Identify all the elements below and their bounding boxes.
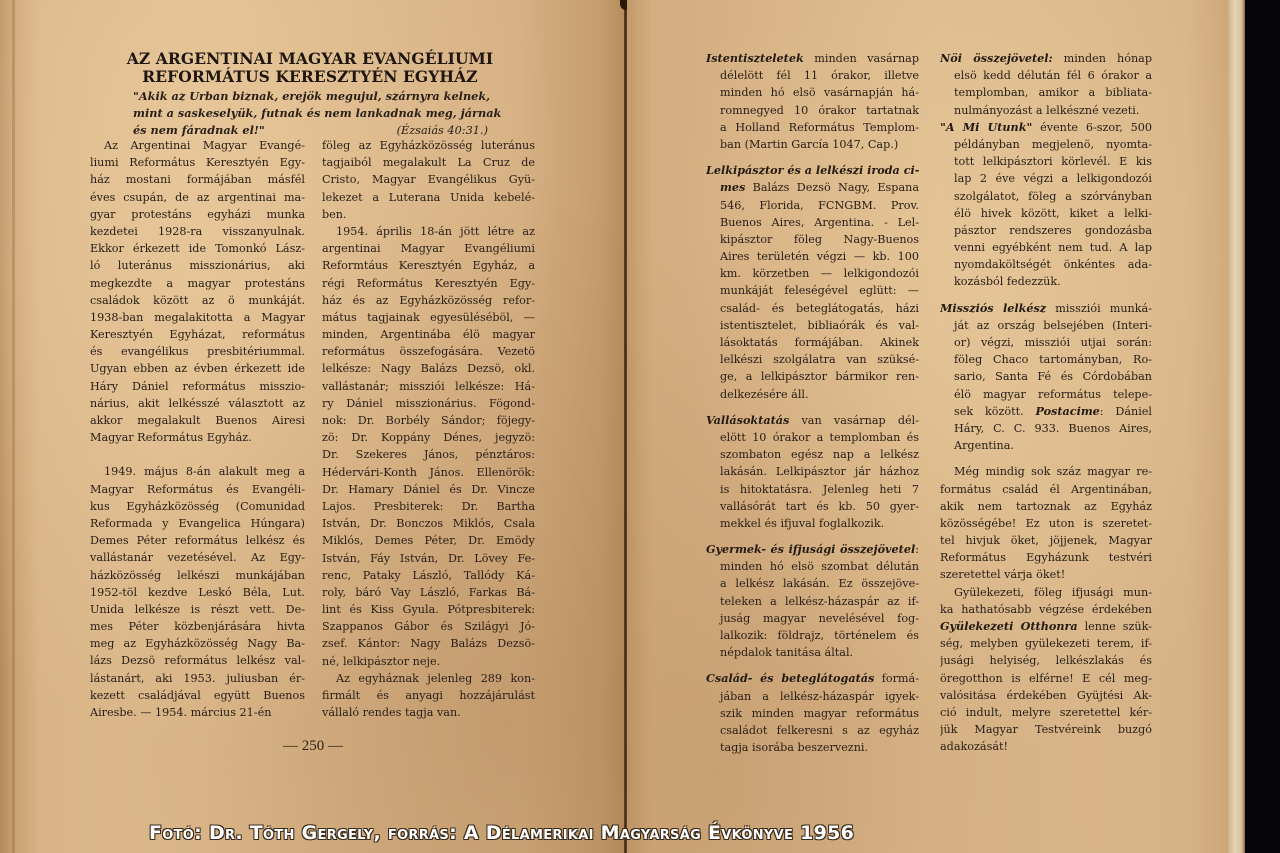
- text-line: Vallásoktatás van vasárnap dél-: [706, 412, 919, 429]
- text-line: élö magyar református telepe-: [940, 386, 1152, 403]
- col1-paragraph-1: Az Argentinai Magyar Evangé-liumi Reform…: [90, 137, 305, 446]
- text-line: tott lelkipásztori körlevél. E kis: [940, 153, 1152, 170]
- section-appeal-2: Gyülekezeti, föleg ifjusági mun-ka hatha…: [940, 584, 1152, 756]
- text-line: delkezésére áll.: [706, 386, 919, 403]
- text-line: pásztor rendszeres gondozásba: [940, 222, 1152, 239]
- text-line: lap 2 éve végzi a lelkigondozói: [940, 170, 1152, 187]
- text-line: vallásórát tart és kb. 50 gyer-: [706, 498, 919, 515]
- text-line: Még mindig sok száz magyar re-: [940, 463, 1152, 480]
- text-line: ry Dániel misszionárius. Fögond-: [322, 395, 535, 412]
- text-line: ló luteránus misszionárius, aki: [90, 257, 305, 274]
- text-line: a Holland Református Templom-: [706, 119, 919, 136]
- column-3: Istentiszteletek minden vasárnapdélelött…: [706, 50, 919, 756]
- text-line: és evangélikus presbitériummal.: [90, 343, 305, 360]
- book-spread: AZ ARGENTINAI MAGYAR EVANGÉLIUMI REFORMÁ…: [0, 0, 1280, 853]
- text-line: Unida lelkésze is részt vett. De-: [90, 601, 305, 618]
- text-line: szombaton egész nap a lelkész: [706, 446, 919, 463]
- text-line: megkezdte a magyar protestáns: [90, 275, 305, 292]
- text-line: Gyermek- és ifjusági összejövetel:: [706, 541, 919, 558]
- text-line: délelött fél 11 órakor, illetve: [706, 67, 919, 84]
- text-line: szik minden magyar református: [706, 705, 919, 722]
- col2-paragraph-2: 1954. április 18-án jött létre azargenti…: [322, 223, 535, 670]
- text-line: föleg Chaco tartományban, Ro-: [940, 351, 1152, 368]
- text-line: vallástanár vezetésével. Az Egy-: [90, 549, 305, 566]
- bible-quote: "Akik az Urban biznak, erejök megujul, s…: [133, 88, 488, 140]
- text-line: István, Fáy István, Dr. Lövey Fe-: [322, 550, 535, 567]
- text-line: lint és Kiss Gyula. Pótpresbiterek:: [322, 601, 535, 618]
- dark-backdrop: [1245, 0, 1280, 853]
- text-line: kezett családjával együtt Buenos: [90, 687, 305, 704]
- column-2: föleg az Egyházközösség luteránustagjaib…: [322, 137, 535, 721]
- text-line: föleg az Egyházközösség luteránus: [322, 137, 535, 154]
- text-line: Demes Péter református lelkész és: [90, 532, 305, 549]
- text-line: Háry, C. C. 933. Buenos Aires,: [940, 420, 1152, 437]
- text-line: Aires területén végzi — kb. 100: [706, 248, 919, 265]
- text-line: mes Balázs Dezsö Nagy, Espana: [706, 179, 919, 196]
- col2-paragraph-3: Az egyháznak jelenleg 289 kon-firmált és…: [322, 670, 535, 722]
- page-stack-edge: [1228, 0, 1245, 853]
- text-line: család- és beteglátogatás, házi: [706, 300, 919, 317]
- text-line: Dr. Hamary Dániel és Dr. Vincze: [322, 481, 535, 498]
- text-line: akik nem tartoznak az Egyház: [940, 498, 1152, 515]
- text-line: munkáját feleségével eglütt: —: [706, 282, 919, 299]
- text-line: istentisztelet, bibliaórák és val-: [706, 317, 919, 334]
- text-line: ban (Martin García 1047, Cap.): [706, 136, 919, 153]
- text-line: lelkésze: Nagy Balázs Dezsö, okl.: [322, 360, 535, 377]
- text-line: adakozását!: [940, 738, 1152, 755]
- text-line: is hitoktatásra. Jelenleg heti 7: [706, 481, 919, 498]
- text-line: szolgálatot, föleg a szórványban: [940, 188, 1152, 205]
- text-line: firmált és anyagi hozzájárulást: [322, 687, 535, 704]
- text-line: tel hivjuk öket, jöjjenek, Magyar: [940, 532, 1152, 549]
- text-line: lakásán. Lelkipásztor jár házhoz: [706, 463, 919, 480]
- text-line: Missziós lelkész missziói munká-: [940, 300, 1152, 317]
- text-line: Magyar Református Egyház.: [90, 429, 305, 446]
- text-line: nyomdaköltségét önkéntes ada-: [940, 256, 1152, 273]
- text-line: Gyülekezeti, föleg ifjusági mun-: [940, 584, 1152, 601]
- text-line: lázs Dezsö református lelkész val-: [90, 652, 305, 669]
- text-line: vallástanár; missziói lelkésze: Há-: [322, 378, 535, 395]
- section-womens-gathering: Nöi összejövetel: minden hónapelsö kedd …: [940, 50, 1152, 119]
- text-line: Lelkipásztor és a lelkészi iroda ci-: [706, 162, 919, 179]
- section-newsletter: "A Mi Utunk" évente 6-szor, 500példányba…: [940, 119, 1152, 291]
- text-line: családot felkeresni s az egyház: [706, 722, 919, 739]
- text-line: minden, Argentinába élö magyar: [322, 326, 535, 343]
- text-line: Család- és beteglátogatás formá-: [706, 670, 919, 687]
- text-line: Dr. Szekeres János, pénztáros:: [322, 446, 535, 463]
- text-line: nok: Dr. Borbély Sándor; föjegy-: [322, 412, 535, 429]
- text-line: teleken a lelkész-házaspár az if-: [706, 593, 919, 610]
- text-line: valósitása érdekében Gyüjtési Ak-: [940, 687, 1152, 704]
- section-office: Lelkipásztor és a lelkészi iroda ci-mes …: [706, 162, 919, 403]
- text-line: Reformtáus Keresztyén Egyház, a: [322, 257, 535, 274]
- text-line: kus Egyházközösség (Comunidad: [90, 498, 305, 515]
- text-line: példányban megjelenö, nyomta-: [940, 136, 1152, 153]
- text-line: Az Argentinai Magyar Evangé-: [90, 137, 305, 154]
- quote-line-2: mint a saskeselyük, futnak és nem lankad…: [133, 105, 488, 122]
- text-line: Argentina.: [940, 437, 1152, 454]
- text-line: sek között. Postacime: Dániel: [940, 403, 1152, 420]
- text-line: ház és az Egyházközösség refor-: [322, 292, 535, 309]
- text-line: Lajos. Presbiterek: Dr. Bartha: [322, 498, 535, 515]
- text-line: élö hivek között, kiket a lelki-: [940, 205, 1152, 222]
- text-line: mátus tagjainak egyesüléséböl, —: [322, 309, 535, 326]
- text-line: ját az ország belsejében (Interi-: [940, 317, 1152, 334]
- text-line: a lelkész lakásán. Ez összejöve-: [706, 575, 919, 592]
- text-line: 1938-ban megalakitotta a Magyar: [90, 309, 305, 326]
- text-line: Hédervári-Konth János. Ellenörök:: [322, 464, 535, 481]
- text-line: családok között az ö munkáját.: [90, 292, 305, 309]
- text-line: 1949. május 8-án alakult meg a: [90, 463, 305, 480]
- text-line: ben.: [322, 206, 535, 223]
- text-line: mes Péter közbenjárására hivta: [90, 618, 305, 635]
- text-line: minden hó elsö vasárnapján há-: [706, 84, 919, 101]
- text-line: szeretettel várja öket!: [940, 566, 1152, 583]
- text-line: házközösség lelkészi munkájában: [90, 567, 305, 584]
- text-line: elött 10 órakor a templomban és: [706, 429, 919, 446]
- text-line: nulmányozást a lelkészné vezeti.: [940, 102, 1152, 119]
- text-line: argentinai Magyar Evangéliumi: [322, 240, 535, 257]
- text-line: Magyar Református és Evangéli-: [90, 481, 305, 498]
- column-4: Nöi összejövetel: minden hónapelsö kedd …: [940, 50, 1152, 756]
- text-line: Nöi összejövetel: minden hónap: [940, 50, 1152, 67]
- text-line: Istentiszteletek minden vasárnap: [706, 50, 919, 67]
- text-line: népdalok tanitása által.: [706, 644, 919, 661]
- text-line: tagja isorába beszervezni.: [706, 739, 919, 756]
- text-line: zsef. Kántor: Nagy Balázs Dezsö-: [322, 635, 535, 652]
- text-line: 1954. április 18-án jött létre az: [322, 223, 535, 240]
- text-line: lalkozik: földrajz, történelem és: [706, 627, 919, 644]
- text-line: kozásból fedezzük.: [940, 273, 1152, 290]
- text-line: Az egyháznak jelenleg 289 kon-: [322, 670, 535, 687]
- text-line: régi Református Keresztyén Egy-: [322, 275, 535, 292]
- text-line: nárius, akit lelkésszé választott az: [90, 395, 305, 412]
- quote-line-1: "Akik az Urban biznak, erejök megujul, s…: [133, 88, 488, 105]
- text-line: Ugyan ebben az évben érkezett ide: [90, 360, 305, 377]
- text-line: Airesbe. — 1954. március 21-én: [90, 704, 305, 721]
- text-line: tagjaiból megalakult La Cruz de: [322, 154, 535, 171]
- text-line: lásoktatás formájában. Akinek: [706, 334, 919, 351]
- text-line: jusági helyiség, lelkészlakás és: [940, 652, 1152, 669]
- text-line: venni egyébként nem tud. A lap: [940, 239, 1152, 256]
- page-number: — 250 —: [283, 738, 343, 755]
- text-line: "A Mi Utunk" évente 6-szor, 500: [940, 119, 1152, 136]
- section-services: Istentiszteletek minden vasárnapdélelött…: [706, 50, 919, 153]
- text-line: renc, Pataky László, Tallódy Ká-: [322, 567, 535, 584]
- text-line: roly, báró Vay László, Farkas Bá-: [322, 584, 535, 601]
- text-line: református összefogására. Vezetö: [322, 343, 535, 360]
- text-line: Ekkor érkezett ide Tomonkó Lász-: [90, 240, 305, 257]
- text-line: ház mostani formájában másfél: [90, 171, 305, 188]
- text-line: ge, a lelkipásztor bármikor ren-: [706, 368, 919, 385]
- text-line: Reformada y Evangelica Húngara): [90, 515, 305, 532]
- title-line-1: AZ ARGENTINAI MAGYAR EVANGÉLIUMI: [100, 50, 520, 68]
- text-line: ség, melyben gyülekezeti terem, if-: [940, 635, 1152, 652]
- text-line: km. körzetben — lelkigondozói: [706, 265, 919, 282]
- text-line: romnegyed 10 órakor tartatnak: [706, 102, 919, 119]
- text-line: ka hathatósabb végzése érdekében: [940, 601, 1152, 618]
- text-line: minden hó elsö szombat délután: [706, 558, 919, 575]
- text-line: meg az Egyházközösség Nagy Ba-: [90, 635, 305, 652]
- text-line: Református Egyházunk testvéri: [940, 549, 1152, 566]
- text-line: éves csupán, de az argentinai ma-: [90, 189, 305, 206]
- text-line: Háry Dániel református misszio-: [90, 378, 305, 395]
- text-line: Szappanos Gábor és Szilágyi Jó-: [322, 618, 535, 635]
- text-line: zö: Dr. Koppány Dénes, jegyzö:: [322, 429, 535, 446]
- text-line: elsö kedd délután fél 6 órakor a: [940, 67, 1152, 84]
- col2-paragraph-1: föleg az Egyházközösség luteránustagjaib…: [322, 137, 535, 223]
- photo-credit: Fotó: Dr. Tóth Gergely, forrás: A Délame…: [149, 822, 854, 844]
- text-line: lekezet a Luterana Unida kebelé-: [322, 189, 535, 206]
- text-line: liumi Református Keresztyén Egy-: [90, 154, 305, 171]
- text-line: Gyülekezeti Otthonra lenne szük-: [940, 618, 1152, 635]
- text-line: lelkészi szolgálatra van szüksé-: [706, 351, 919, 368]
- text-line: jában a lelkész-házaspár igyek-: [706, 688, 919, 705]
- column-1: Az Argentinai Magyar Evangé-liumi Reform…: [90, 137, 305, 721]
- text-line: né, lelkipásztor neje.: [322, 653, 535, 670]
- text-line: közösségébe! Ez uton is szeretet-: [940, 515, 1152, 532]
- section-family-visits: Család- és beteglátogatás formá-jában a …: [706, 670, 919, 756]
- section-youth-gathering: Gyermek- és ifjusági összejövetel:minden…: [706, 541, 919, 661]
- text-line: templomban, amikor a bibliata-: [940, 84, 1152, 101]
- text-line: 1952-töl kezdve Leskó Béla, Lut.: [90, 584, 305, 601]
- text-line: Miklós, Demes Péter, Dr. Emödy: [322, 532, 535, 549]
- text-line: akkor megalakult Buenos Airesi: [90, 412, 305, 429]
- section-religious-education: Vallásoktatás van vasárnap dél-elött 10 …: [706, 412, 919, 532]
- text-line: öregotthon is elférne! E cél meg-: [940, 670, 1152, 687]
- text-line: István, Dr. Bonczos Miklós, Csala: [322, 515, 535, 532]
- section-appeal-1: Még mindig sok száz magyar re-formátus c…: [940, 463, 1152, 583]
- section-missionary: Missziós lelkész missziói munká-ját az o…: [940, 300, 1152, 455]
- col1-paragraph-2: 1949. május 8-án alakult meg aMagyar Ref…: [90, 463, 305, 721]
- text-line: kezdetei 1928-ra visszanyulnak.: [90, 223, 305, 240]
- text-line: ció indult, melyre szeretettel kér-: [940, 704, 1152, 721]
- text-line: Keresztyén Egyházat, református: [90, 326, 305, 343]
- text-line: mekkel és ifjuval foglalkozik.: [706, 515, 919, 532]
- text-line: sario, Santa Fé és Córdobában: [940, 368, 1152, 385]
- title-line-2: REFORMÁTUS KERESZTYÉN EGYHÁZ: [100, 68, 520, 86]
- text-line: Buenos Aires, Argentina. - Lel-: [706, 214, 919, 231]
- page-edge-shadow: [12, 0, 15, 853]
- text-line: formátus család él Argentinában,: [940, 481, 1152, 498]
- text-line: or) végzi, missziói utjai során:: [940, 334, 1152, 351]
- text-line: Cristo, Magyar Evangélikus Gyü-: [322, 171, 535, 188]
- text-line: vállaló rendes tagja van.: [322, 704, 535, 721]
- text-line: kipásztor föleg Nagy-Buenos: [706, 231, 919, 248]
- text-line: 546, Florida, FCNGBM. Prov.: [706, 197, 919, 214]
- text-line: gyar protestáns egyházi munka: [90, 206, 305, 223]
- article-title: AZ ARGENTINAI MAGYAR EVANGÉLIUMI REFORMÁ…: [100, 50, 520, 86]
- text-line: jük Magyar Testvéreink buzgó: [940, 721, 1152, 738]
- text-line: lástanárt, aki 1953. juliusban ér-: [90, 670, 305, 687]
- text-line: juság magyar nevelésével fog-: [706, 610, 919, 627]
